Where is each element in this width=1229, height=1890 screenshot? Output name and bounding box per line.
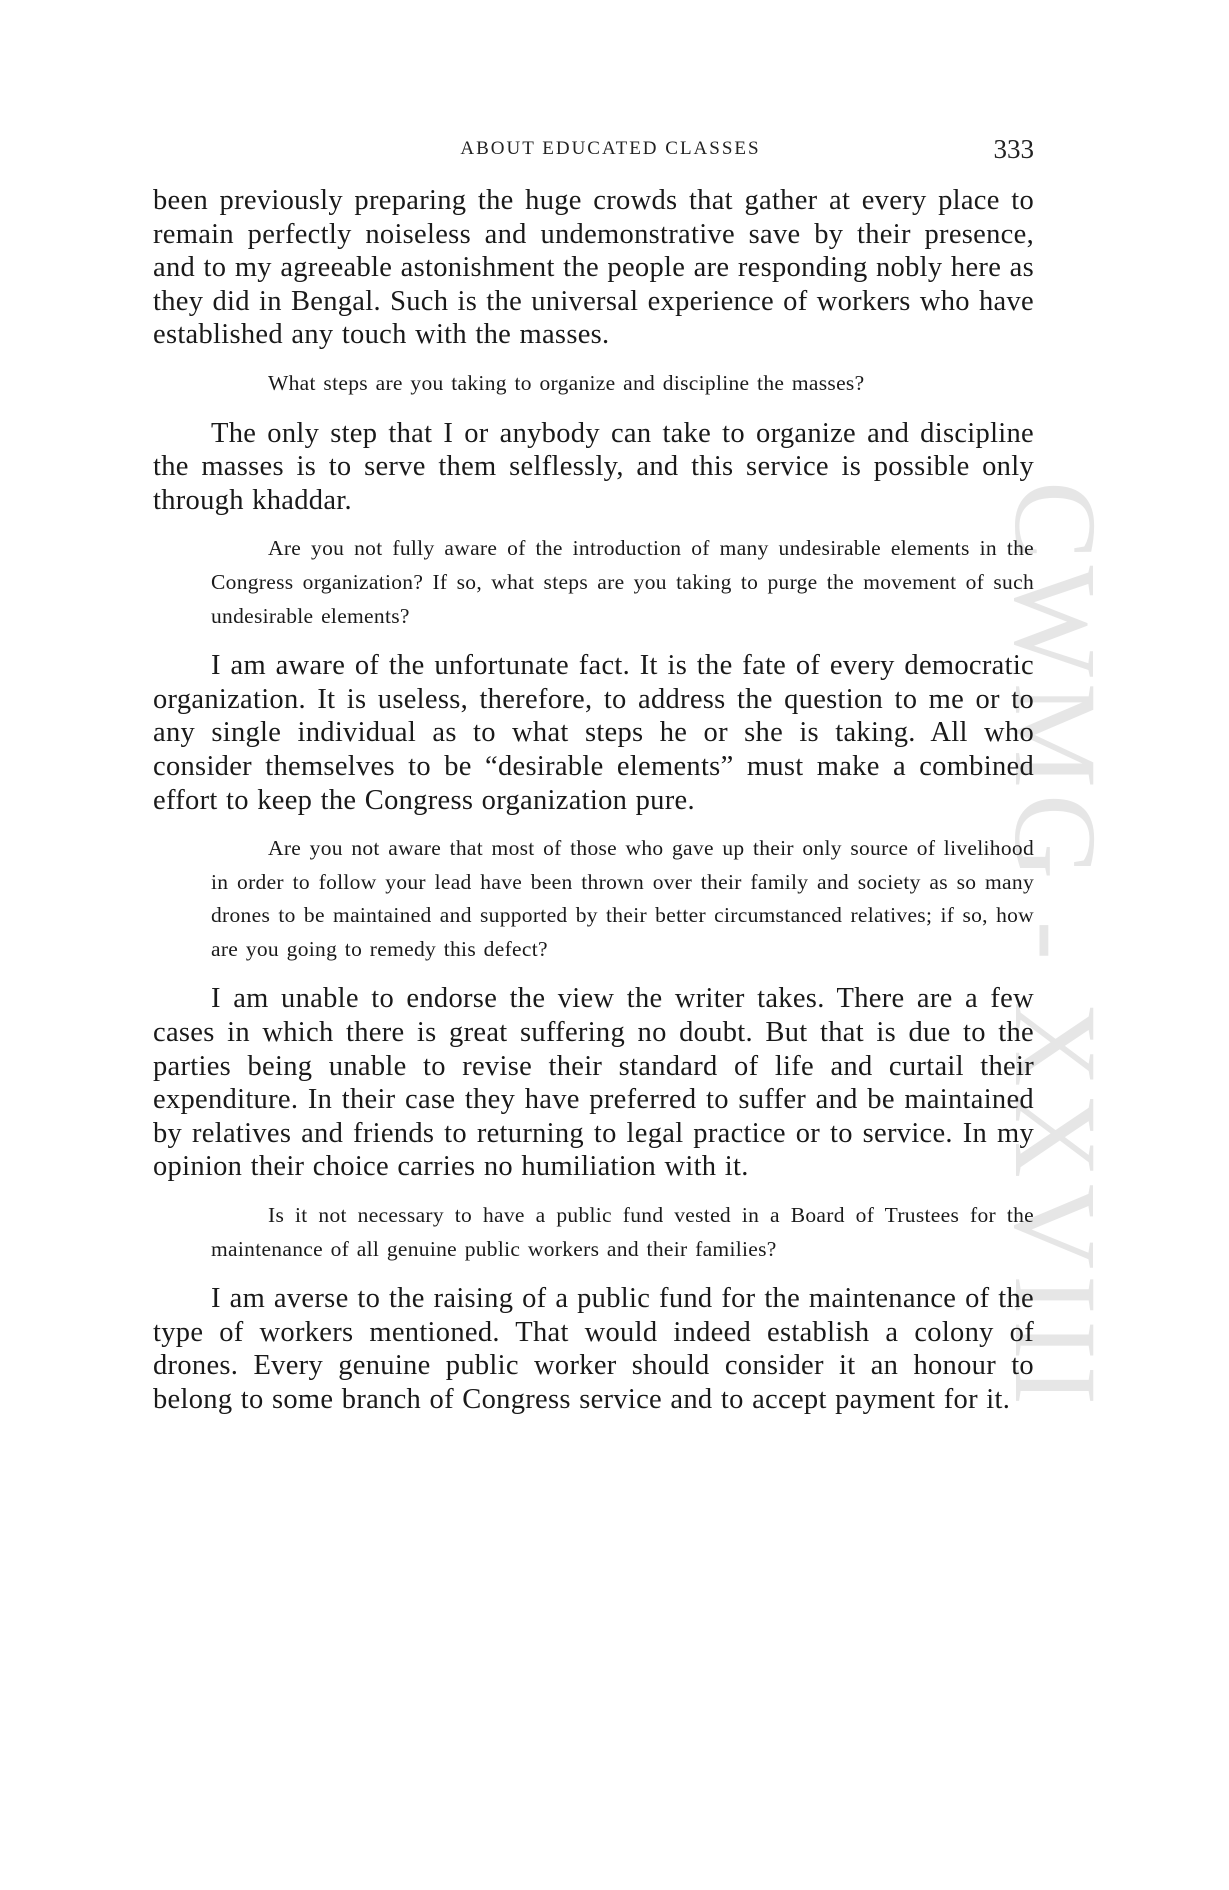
answer-paragraph: I am averse to the raising of a public f… — [153, 1282, 1034, 1416]
question-paragraph: Are you not fully aware of the introduct… — [153, 532, 1034, 633]
page-number: 333 — [994, 134, 1035, 165]
book-page: CWMG - XXVIII ABOUT EDUCATED CLASSES 333… — [0, 0, 1229, 1890]
question-paragraph: What steps are you taking to organize an… — [153, 367, 1034, 401]
running-head: ABOUT EDUCATED CLASSES 333 — [153, 134, 1034, 168]
answer-paragraph: The only step that I or anybody can take… — [153, 417, 1034, 518]
answer-paragraph: I am unable to endorse the view the writ… — [153, 982, 1034, 1184]
page-content: been previously preparing the huge crowd… — [153, 184, 1034, 1417]
answer-paragraph: been previously preparing the huge crowd… — [153, 184, 1034, 352]
running-title: ABOUT EDUCATED CLASSES — [153, 138, 1034, 160]
answer-paragraph: I am aware of the unfortunate fact. It i… — [153, 649, 1034, 817]
question-paragraph: Is it not necessary to have a public fun… — [153, 1199, 1034, 1266]
question-paragraph: Are you not aware that most of those who… — [153, 832, 1034, 966]
